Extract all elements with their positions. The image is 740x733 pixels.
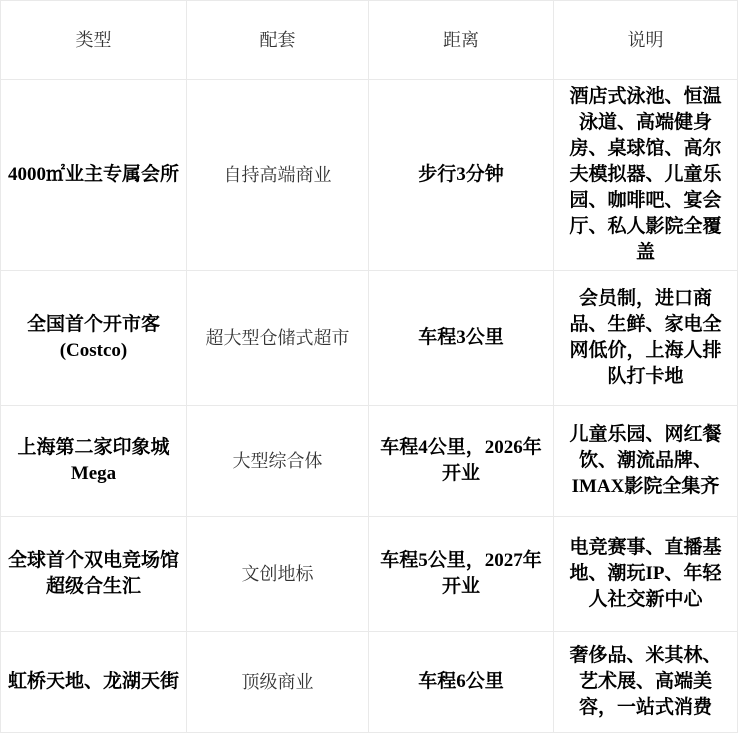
cell-type: 全国首个开市客(Costco) xyxy=(1,271,187,406)
cell-type: 4000㎡业主专属会所 xyxy=(1,80,187,271)
table-row: 虹桥天地、龙湖天街 顶级商业 车程6公里 奢侈品、米其林、艺术展、高端美容，一站… xyxy=(1,632,738,733)
header-cell-description: 说明 xyxy=(554,1,738,80)
table-row: 全球首个双电竞场馆超级合生汇 文创地标 车程5公里，2027年开业 电竞赛事、直… xyxy=(1,517,738,632)
cell-description: 会员制，进口商品、生鲜、家电全网低价，上海人排队打卡地 xyxy=(554,271,738,406)
cell-facility: 文创地标 xyxy=(187,517,369,632)
cell-description: 酒店式泳池、恒温泳道、高端健身房、桌球馆、高尔夫模拟器、儿童乐园、咖啡吧、宴会厅… xyxy=(554,80,738,271)
cell-facility: 大型综合体 xyxy=(187,406,369,517)
cell-facility: 顶级商业 xyxy=(187,632,369,733)
table-row: 全国首个开市客(Costco) 超大型仓储式超市 车程3公里 会员制，进口商品、… xyxy=(1,271,738,406)
header-cell-facility: 配套 xyxy=(187,1,369,80)
table-header-row: 类型 配套 距离 说明 xyxy=(1,1,738,80)
cell-distance: 车程4公里，2026年开业 xyxy=(369,406,554,517)
cell-distance: 车程3公里 xyxy=(369,271,554,406)
cell-description: 电竞赛事、直播基地、潮玩IP、年轻人社交新中心 xyxy=(554,517,738,632)
cell-description: 奢侈品、米其林、艺术展、高端美容，一站式消费 xyxy=(554,632,738,733)
cell-distance: 车程6公里 xyxy=(369,632,554,733)
header-cell-type: 类型 xyxy=(1,1,187,80)
cell-facility: 自持高端商业 xyxy=(187,80,369,271)
cell-type: 全球首个双电竞场馆超级合生汇 xyxy=(1,517,187,632)
header-cell-distance: 距离 xyxy=(369,1,554,80)
cell-facility: 超大型仓储式超市 xyxy=(187,271,369,406)
cell-distance: 步行3分钟 xyxy=(369,80,554,271)
amenities-table: 类型 配套 距离 说明 4000㎡业主专属会所 自持高端商业 步行3分钟 酒店式… xyxy=(0,0,738,733)
cell-distance: 车程5公里，2027年开业 xyxy=(369,517,554,632)
cell-type: 虹桥天地、龙湖天街 xyxy=(1,632,187,733)
cell-type: 上海第二家印象城Mega xyxy=(1,406,187,517)
cell-description: 儿童乐园、网红餐饮、潮流品牌、IMAX影院全集齐 xyxy=(554,406,738,517)
table-row: 4000㎡业主专属会所 自持高端商业 步行3分钟 酒店式泳池、恒温泳道、高端健身… xyxy=(1,80,738,271)
table-row: 上海第二家印象城Mega 大型综合体 车程4公里，2026年开业 儿童乐园、网红… xyxy=(1,406,738,517)
